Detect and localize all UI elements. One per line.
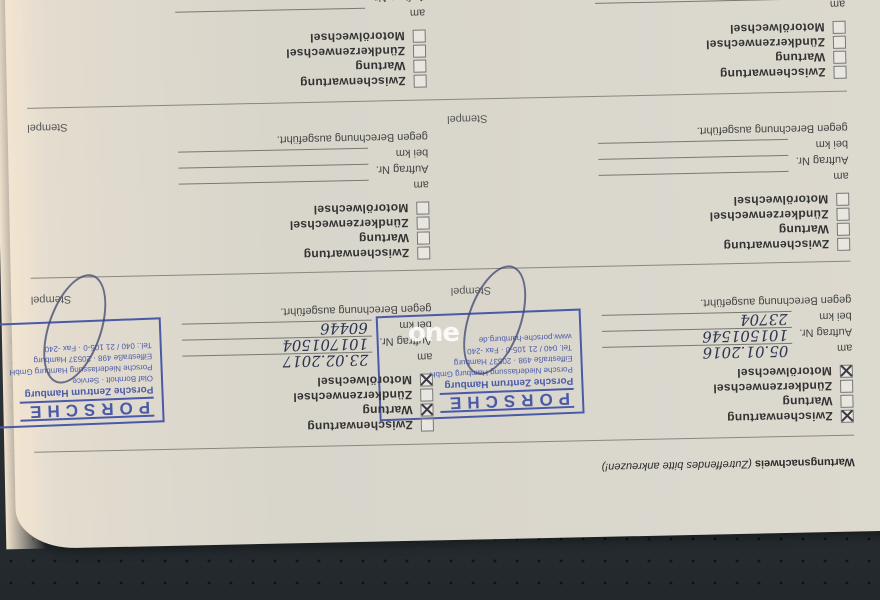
field-label: bei km	[368, 146, 428, 159]
entry-fields: amAuftrag Nr.bei kmgegen Berechnung ausg…	[598, 122, 849, 191]
checkbox-list: ZwischenwartungWartungZündkerzenwechselM…	[705, 20, 846, 83]
checkbox-label: Motorölwechsel	[313, 201, 408, 217]
service-entries: ZwischenwartungWartungZündkerzenwechselM…	[16, 531, 880, 549]
entry-fields: am23.02.2017Auftrag Nr.101701504bei km60…	[181, 302, 432, 371]
checkbox[interactable]	[417, 246, 430, 259]
field-label: Auftrag Nr.	[365, 0, 425, 4]
gegen-berechnung-text: gegen Berechnung ausgeführt.	[601, 294, 851, 311]
checkbox-label: Motorölwechsel	[317, 373, 412, 389]
checkbox-label: Zwischenwartung	[723, 238, 829, 254]
field-line[interactable]	[175, 8, 365, 25]
service-booklet-page-rotated: Wartungsnachweis (Zutreffendes bitte ank…	[0, 0, 880, 600]
checkbox[interactable]	[420, 373, 433, 386]
entry-fields: amAuftrag Nr.bei kmgegen Berechnung ausg…	[594, 0, 845, 19]
checkbox[interactable]	[836, 208, 849, 221]
field-line[interactable]: 60446	[182, 320, 372, 337]
checkbox[interactable]	[840, 380, 853, 393]
checkbox[interactable]	[413, 59, 426, 72]
field-label: am	[789, 170, 849, 183]
checkbox-list: ZwischenwartungWartungZündkerzenwechselM…	[713, 364, 854, 427]
checkbox-label: Wartung	[359, 231, 410, 246]
field-line[interactable]	[599, 171, 789, 188]
gegen-berechnung-text: gegen Berechnung ausgeführt.	[598, 122, 848, 139]
checkbox[interactable]	[833, 66, 846, 79]
stempel-label: Stempel	[451, 284, 492, 297]
field-line[interactable]	[179, 180, 369, 197]
field-label: Auftrag Nr.	[368, 162, 428, 175]
gegen-berechnung-text: gegen Berechnung ausgeführt.	[178, 130, 428, 147]
field-line[interactable]	[598, 139, 788, 156]
field-label: bei km	[788, 138, 848, 151]
checkbox-row[interactable]: Zwischenwartung	[294, 417, 434, 435]
checkbox[interactable]	[420, 388, 433, 401]
checkbox[interactable]	[840, 395, 853, 408]
checkbox[interactable]	[841, 410, 854, 423]
checkbox-label: Motorölwechsel	[733, 193, 828, 209]
checkbox-row[interactable]: Zwischenwartung	[714, 409, 854, 427]
checkbox-label: Zwischenwartung	[727, 410, 833, 426]
checkbox-list: ZwischenwartungWartungZündkerzenwechselM…	[709, 192, 850, 255]
checkbox-label: Zündkerzenwechsel	[293, 388, 412, 404]
checkbox-label: Zündkerzenwechsel	[709, 208, 828, 224]
checkbox-label: Zwischenwartung	[303, 246, 409, 262]
entry-fields: amAuftrag Nr.bei kmgegen Berechnung ausg…	[174, 0, 425, 28]
field-line[interactable]: 23.02.2017	[182, 352, 372, 369]
checkbox-row[interactable]: Zwischenwartung	[290, 245, 430, 263]
porsche-logo: PORSCHE	[20, 397, 155, 422]
service-entry: ZwischenwartungWartungZündkerzenwechselM…	[147, 110, 430, 266]
checkbox-label: Motorölwechsel	[730, 21, 825, 37]
checkbox-list: ZwischenwartungWartungZündkerzenwechselM…	[293, 372, 434, 435]
checkbox-label: Zündkerzenwechsel	[289, 216, 408, 232]
field-line[interactable]: 101501546	[602, 327, 792, 344]
checkbox-label: Wartung	[775, 51, 826, 66]
checkbox[interactable]	[836, 193, 849, 206]
handwritten-value: 101701504	[282, 335, 368, 355]
field-label: am	[785, 0, 845, 11]
field-label: am	[365, 6, 425, 19]
checkbox[interactable]	[840, 365, 853, 378]
service-entry: ZwischenwartungWartungZündkerzenwechselM…	[151, 282, 434, 438]
checkbox-label: Motorölwechsel	[737, 365, 832, 381]
checkbox[interactable]	[417, 231, 430, 244]
stempel-label: Stempel	[27, 121, 68, 134]
photo-scene: Wartungsnachweis (Zutreffendes bitte ank…	[0, 0, 880, 600]
checkbox[interactable]	[417, 216, 430, 229]
porsche-logo: PORSCHE	[440, 388, 575, 413]
checkbox[interactable]	[833, 36, 846, 49]
stempel-label: Stempel	[447, 112, 488, 125]
checkbox-label: Zwischenwartung	[720, 66, 826, 82]
handwritten-value: 101501546	[702, 326, 788, 346]
booklet-page: Wartungsnachweis (Zutreffendes bitte ank…	[4, 0, 880, 549]
checkbox[interactable]	[837, 223, 850, 236]
field-label: Auftrag Nr.	[788, 154, 848, 167]
checkbox[interactable]	[413, 29, 426, 42]
checkbox[interactable]	[414, 74, 427, 87]
checkbox-row[interactable]: Zwischenwartung	[710, 237, 850, 255]
checkbox[interactable]	[833, 51, 846, 64]
checkbox-label: Zündkerzenwechsel	[706, 36, 825, 52]
field-label: am	[792, 342, 852, 355]
field-line[interactable]: 23704	[602, 311, 792, 328]
field-line[interactable]: 101701504	[182, 336, 372, 353]
entry-fields: am05.01.2016Auftrag Nr.101501546bei km23…	[601, 294, 852, 363]
checkbox[interactable]	[832, 21, 845, 34]
field-line[interactable]	[595, 0, 785, 16]
checkbox[interactable]	[413, 44, 426, 57]
checkbox[interactable]	[420, 403, 433, 416]
checkbox-label: Wartung	[362, 403, 413, 418]
checkbox-label: Wartung	[778, 223, 829, 238]
service-entry: ZwischenwartungWartungZündkerzenwechselM…	[564, 0, 847, 86]
field-line[interactable]	[178, 148, 368, 165]
checkbox-label: Wartung	[355, 59, 406, 74]
field-label: Auftrag Nr.	[792, 326, 852, 339]
page-heading: Wartungsnachweis (Zutreffendes bitte ank…	[601, 456, 855, 473]
service-entry: ZwischenwartungWartungZündkerzenwechselM…	[144, 0, 427, 94]
entry-fields: amAuftrag Nr.bei kmgegen Berechnung ausg…	[178, 130, 429, 199]
field-label: am	[372, 350, 432, 363]
handwritten-value: 23704	[740, 310, 788, 329]
service-entry: ZwischenwartungWartungZündkerzenwechselM…	[571, 274, 854, 430]
checkbox-label: Motorölwechsel	[310, 29, 405, 45]
heading-title: Wartungsnachweis	[755, 456, 855, 470]
checkbox[interactable]	[421, 418, 434, 431]
checkbox-label: Zündkerzenwechsel	[713, 380, 832, 396]
watermark-logo: one	[408, 318, 459, 348]
checkbox-label: Zwischenwartung	[307, 418, 413, 434]
field-line[interactable]	[178, 164, 368, 181]
gegen-berechnung-text: gegen Berechnung ausgeführt.	[181, 302, 431, 319]
field-line[interactable]	[598, 155, 788, 172]
stempel-label: Stempel	[31, 293, 72, 306]
field-label: bei km	[792, 310, 852, 323]
handwritten-value: 60446	[320, 319, 368, 338]
service-entry: ZwischenwartungWartungZündkerzenwechselM…	[567, 102, 850, 258]
checkbox-label: Wartung	[782, 395, 833, 410]
checkbox-list: ZwischenwartungWartungZündkerzenwechselM…	[285, 28, 426, 91]
checkbox-row[interactable]: Zwischenwartung	[706, 65, 846, 83]
heading-note: (Zutreffendes bitte ankreuzen!)	[601, 458, 752, 473]
checkbox[interactable]	[416, 201, 429, 214]
checkbox-label: Zündkerzenwechsel	[286, 44, 405, 60]
checkbox[interactable]	[837, 238, 850, 251]
checkbox-list: ZwischenwartungWartungZündkerzenwechselM…	[289, 200, 430, 263]
checkbox-label: Zwischenwartung	[300, 74, 406, 90]
field-label: am	[369, 178, 429, 191]
field-am: am	[595, 0, 845, 19]
checkbox-row[interactable]: Zwischenwartung	[286, 73, 426, 91]
page-binding	[0, 0, 46, 549]
field-line[interactable]: 05.01.2016	[602, 343, 792, 360]
